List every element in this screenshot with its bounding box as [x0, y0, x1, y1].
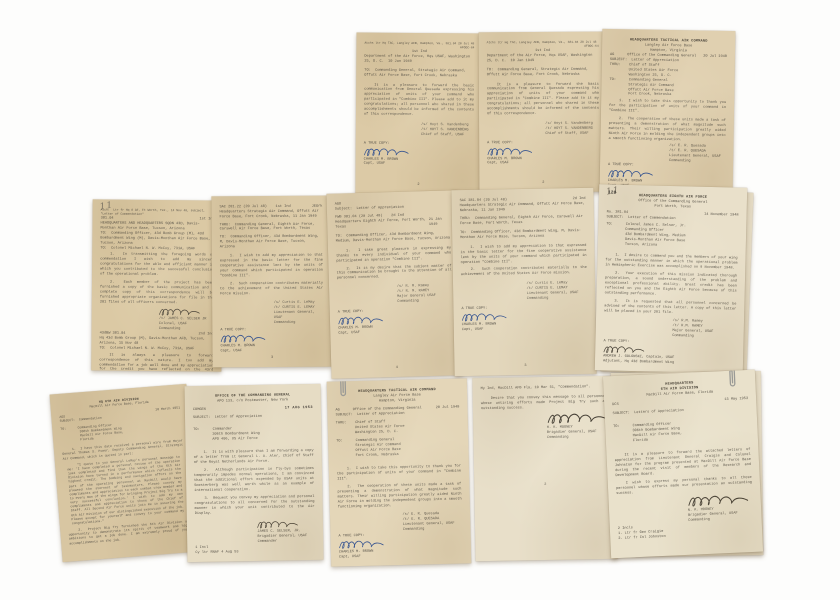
- typed-line: TO: Commanding General, Strategic Air Co…: [487, 67, 599, 77]
- typed-line: TO: Commanding Officer, 43d Bomb Group (…: [100, 232, 214, 248]
- spacer: [462, 330, 589, 363]
- typed-line: 3. It is requested that all personnel co…: [604, 299, 736, 317]
- typed-line: Cy ltr RNAF 4 Aug 53: [195, 549, 315, 556]
- document-eighth-af-commendation-selser: 11128HEADQUARTERS EIGHTH AIR FORCEOffice…: [595, 184, 748, 374]
- document-6th-ad-letters-of-appreciation: HEADQUARTERS6TH AIR DIVISIONMacDill Air …: [603, 370, 763, 559]
- typed-line: Capt, USAF: [220, 349, 323, 355]
- typed-line: 2. Such cooperation contributes material…: [220, 281, 323, 297]
- spacer: [482, 487, 609, 555]
- pencil-mark: 11: [99, 199, 115, 214]
- document-tac-appreciation-copy1: HEADQUARTERS TACTICAL AIR COMMANDLangley…: [600, 29, 736, 191]
- document-43d-wing-endorsements: 11Atch: Ltr fr Hq 8 AF, Ft Worth, Tex., …: [91, 199, 222, 371]
- typed-line: 2. Your execution of this mission indica…: [605, 271, 738, 299]
- typed-line: 2. Although participation in fly-bys som…: [194, 467, 314, 494]
- document-1st-ind-vandenberg-copy1: Atchs ltr Hq TAC, Langley AFB, Hampton, …: [355, 33, 482, 195]
- typed-line: 1. It is with pleasure that I am forward…: [194, 449, 314, 466]
- typed-line: TO: Commanding Officer, 43d Bombardment …: [220, 235, 323, 251]
- stamp-number: 128: [608, 190, 616, 196]
- typed-line: Lieutenant General, USAF: [274, 310, 324, 320]
- spacer: [364, 167, 474, 181]
- spacer: [487, 166, 599, 179]
- typed-line: 1. I take great pleasure in expressing m…: [336, 246, 451, 264]
- typed-line: 2. The cooperation of these units made a…: [337, 482, 462, 510]
- paperclip-icon: [336, 378, 349, 400]
- photo-of-documents: Atchs ltr Hq TAC, Langley AFB, Hampton, …: [0, 0, 840, 600]
- signature-darkbig-ink: [547, 411, 608, 426]
- typed-line: It is a pleasure to forward the basic co…: [487, 82, 599, 117]
- typed-line: It is always a pleasure to forward corre…: [99, 353, 213, 371]
- page-number: 3: [221, 356, 324, 362]
- signature-blue-ink: [487, 145, 599, 157]
- document-1st-ind-vandenberg-copy2: Atchs ltr Hq TAC, Langley AFB, Hampton, …: [479, 32, 608, 193]
- spacer: [364, 78, 474, 82]
- spacer: [338, 333, 454, 366]
- document-tac-appreciation-copy2: HEADQUARTERS TACTICAL AIR COMMANDLangley…: [327, 378, 471, 566]
- typed-line: 1. I wish to add my appreciation to that…: [460, 244, 586, 266]
- typed-line: TO: Colonel Michael N. W. McCoy, 731A, U…: [100, 246, 214, 252]
- page-number: 3: [462, 363, 588, 370]
- typed-line: It is a pleasure to forward the attached…: [614, 448, 751, 479]
- typed-line: 1. I wish to add my appreciation to that…: [220, 254, 323, 279]
- page-number: 2: [363, 183, 473, 189]
- typed-line: 1. In transmitting the foregoing words o…: [100, 253, 214, 279]
- spacer: [487, 77, 599, 81]
- document-sac-lemay-ind-copy2: SAC 381.04 (20 Jul 48)2d IndHeadquarters…: [451, 188, 596, 376]
- typed-line: 1. I wish to take this opportunity to th…: [609, 99, 726, 116]
- typed-line: Department of the Air Force, Hqs USAF, W…: [487, 54, 599, 64]
- paperclip-icon: [724, 370, 737, 391]
- typed-line: 2. The cooperation of these units made a…: [608, 117, 725, 144]
- typed-line: It is a pleasure to forward the basic co…: [364, 83, 474, 118]
- document-mooney-endorsement: My Ind, MacDill AFB Fla, 10 Mar 51, "Com…: [472, 376, 617, 561]
- page-number: 4: [339, 364, 454, 372]
- typed-line: TO: Colonel Michael N. W. McCoy, 731A, U…: [99, 347, 213, 353]
- typed-line: "I quote to you General LeMay's personal…: [63, 454, 189, 526]
- signature-blue-ink: [220, 333, 323, 345]
- typed-line: 1. I wish to take this opportunity to th…: [337, 465, 461, 483]
- document-eighth-af-ramey-ind: AGOSubject: Letter of AppreciationFWB 38…: [326, 190, 462, 379]
- signature-blue-ink: [364, 146, 474, 158]
- typed-line: 2. Such cooperation contributes material…: [461, 266, 587, 278]
- document-sac-lemay-ind-copy1: SAC 201.22 (20 Jul 48) 1st IndJEGrkHeadq…: [211, 196, 331, 368]
- typed-line: 2. Each member of the project has been f…: [100, 281, 214, 307]
- typed-line: 3. Request you convey my appreciation an…: [194, 495, 314, 517]
- spacer: [482, 472, 608, 482]
- document-6th-ad-commendation-big-try: HQ 6TH AIR DIVISIONMacDill Air Force Bas…: [50, 384, 200, 562]
- document-netherlands-appreciation: OFFICE OF THE COMMANDING GENERALAPO 133,…: [184, 384, 323, 562]
- typed-line: Desire that you convey this message to a…: [481, 395, 607, 412]
- typed-line: 2. It is my desire that the subject matt…: [336, 264, 451, 282]
- page-number: 2: [487, 181, 599, 187]
- typed-line: 1. I desire to commend you and the membe…: [605, 254, 737, 272]
- spacer: [220, 250, 323, 253]
